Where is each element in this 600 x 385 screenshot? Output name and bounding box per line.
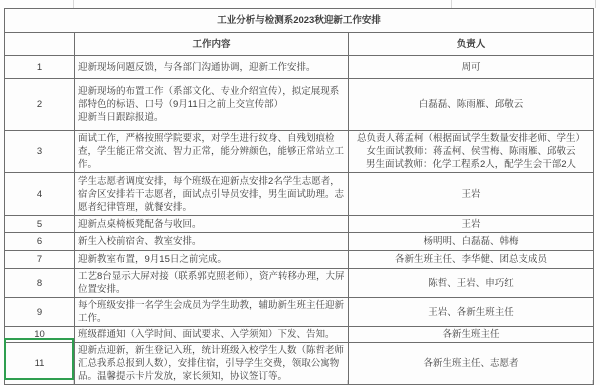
row-number[interactable]: 7 xyxy=(5,251,75,269)
table-row: 11 迎新点迎新，新生登记入班，统计班级入校学生人数（陈哲老师汇总我系总报到人数… xyxy=(5,343,594,385)
table-row: 2 迎新现场的布置工作（系部文化、专业介绍宣传），拟定展现系部特色的标语、口号（… xyxy=(5,79,594,131)
row-number[interactable]: 4 xyxy=(5,173,75,216)
work-content[interactable]: 迎新教室布置，9月15日之前完成。 xyxy=(75,251,349,269)
person-in-charge[interactable]: 白磊磊、陈雨雁、邱敬云 xyxy=(349,79,594,131)
table-row: 8 工艺8台显示大屏对接（联系郭克照老师），资产转移办理，大屏位置安排。 陈哲、… xyxy=(5,269,594,298)
header-no[interactable] xyxy=(5,33,75,56)
header-owner[interactable]: 负责人 xyxy=(349,33,594,56)
work-content[interactable]: 面试工作，严格按照学院要求，对学生进行纹身、自残划痕检查，学生能正常交流、智力正… xyxy=(75,131,349,173)
work-content[interactable]: 迎新点迎新，新生登记入班，统计班级入校学生人数（陈哲老师汇总我系总报到人数），安… xyxy=(75,343,349,385)
work-content[interactable]: 迎新点桌椅板凳配备与收回。 xyxy=(75,216,349,233)
work-content[interactable]: 工艺8台显示大屏对接（联系郭克照老师），资产转移办理，大屏位置安排。 xyxy=(75,269,349,298)
row-number[interactable]: 3 xyxy=(5,131,75,173)
row-number[interactable]: 2 xyxy=(5,79,75,131)
person-in-charge[interactable]: 总负责人蒋孟柯（根据面试学生数量安排老师、学生） 女生面试教师：蒋孟柯、侯雪梅、… xyxy=(349,131,594,173)
row-number[interactable]: 5 xyxy=(5,216,75,233)
work-content[interactable]: 迎新现场的布置工作（系部文化、专业介绍宣传），拟定展现系部特色的标语、口号（9月… xyxy=(75,79,349,131)
person-in-charge[interactable]: 杨明明、白磊磊、韩梅 xyxy=(349,233,594,251)
person-in-charge[interactable]: 周可 xyxy=(349,56,594,79)
table-row: 9 每个班级安排一名学生会成员为学生助教，辅助新生班主任迎新工作。 王岩、各新生… xyxy=(5,298,594,327)
work-content[interactable]: 班级群通知（入学时间、面试要求、入学须知）下发、告知。 xyxy=(75,327,349,343)
row-number[interactable]: 9 xyxy=(5,298,75,327)
person-in-charge[interactable]: 各新生班主任、志愿者 xyxy=(349,343,594,385)
work-content[interactable]: 新生入校前宿舍、教室安排。 xyxy=(75,233,349,251)
gridline xyxy=(595,0,596,8)
table-row: 3 面试工作，严格按照学院要求，对学生进行纹身、自残划痕检查，学生能正常交流、智… xyxy=(5,131,594,173)
table-row: 1 迎新现场问题反馈，与各部门沟通协调，迎新工作安排。 周可 xyxy=(5,56,594,79)
person-in-charge[interactable]: 陈哲、王岩、申巧红 xyxy=(349,269,594,298)
work-content[interactable]: 学生志愿者调度安排，每个班级在迎新点安排2名学生志愿者，宿舍区安排若干志愿者，面… xyxy=(75,173,349,216)
table-row: 10 班级群通知（入学时间、面试要求、入学须知）下发、告知。 各新生班主任 xyxy=(5,327,594,343)
header-content[interactable]: 工作内容 xyxy=(75,33,349,56)
person-in-charge[interactable]: 各新生班主任、李华健、团总支成员 xyxy=(349,251,594,269)
spreadsheet-canvas: 工业分析与检测系2023秋迎新工作安排 工作内容 负责人 1 迎新现场问题反馈，… xyxy=(0,0,600,385)
gridline xyxy=(73,0,74,8)
work-content[interactable]: 迎新现场问题反馈，与各部门沟通协调，迎新工作安排。 xyxy=(75,56,349,79)
table-row: 7 迎新教室布置，9月15日之前完成。 各新生班主任、李华健、团总支成员 xyxy=(5,251,594,269)
person-in-charge[interactable]: 王岩、各新生班主任 xyxy=(349,298,594,327)
work-content[interactable]: 每个班级安排一名学生会成员为学生助教，辅助新生班主任迎新工作。 xyxy=(75,298,349,327)
row-number[interactable]: 1 xyxy=(5,56,75,79)
person-in-charge[interactable]: 王岩 xyxy=(349,173,594,216)
row-number[interactable]: 6 xyxy=(5,233,75,251)
person-in-charge[interactable]: 各新生班主任 xyxy=(349,327,594,343)
row-number[interactable]: 8 xyxy=(5,269,75,298)
active-cell-selection[interactable] xyxy=(4,338,74,380)
table-row: 6 新生入校前宿舍、教室安排。 杨明明、白磊磊、韩梅 xyxy=(5,233,594,251)
work-schedule-table: 工业分析与检测系2023秋迎新工作安排 工作内容 负责人 1 迎新现场问题反馈，… xyxy=(4,8,594,385)
gridline xyxy=(451,0,452,8)
table-title[interactable]: 工业分析与检测系2023秋迎新工作安排 xyxy=(5,9,594,33)
person-in-charge[interactable]: 王岩 xyxy=(349,216,594,233)
table-row: 4 学生志愿者调度安排，每个班级在迎新点安排2名学生志愿者，宿舍区安排若干志愿者… xyxy=(5,173,594,216)
table-row: 5 迎新点桌椅板凳配备与收回。 王岩 xyxy=(5,216,594,233)
